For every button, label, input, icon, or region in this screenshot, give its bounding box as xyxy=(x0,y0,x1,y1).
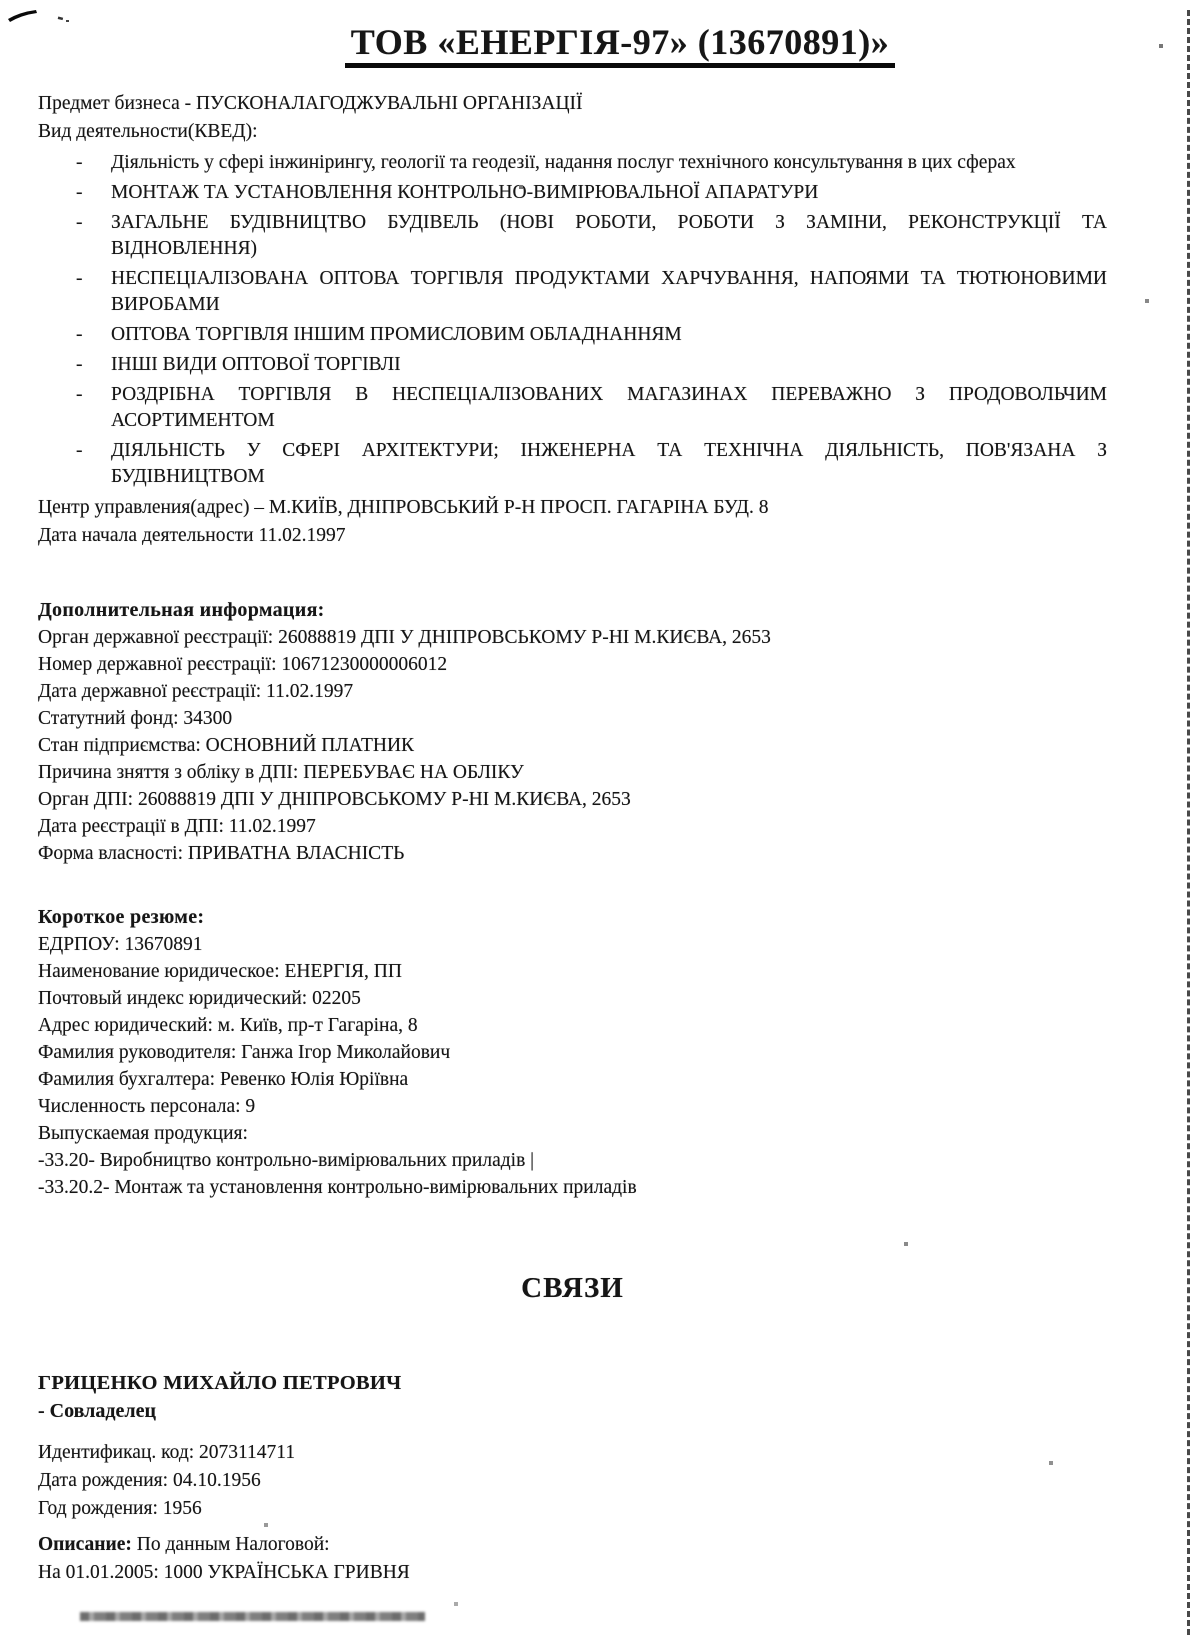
person-description-line: Описание: По данным Налоговой: xyxy=(38,1531,1107,1559)
activity-item: - ОПТОВА ТОРГІВЛЯ ІНШИМ ПРОМИСЛОВИМ ОБЛА… xyxy=(70,322,1107,348)
summary-line-postal-index: Почтовый индекс юридический: 02205 xyxy=(38,985,1107,1012)
summary-line-accountant-name: Фамилия бухгалтера: Ревенко Юлія Юріївна xyxy=(38,1066,1107,1093)
connections-heading: СВЯЗИ xyxy=(38,1271,1107,1305)
info-line-statutory-fund: Статутний фонд: 34300 xyxy=(38,705,1107,732)
activity-text: НЕСПЕЦІАЛІЗОВАНА ОПТОВА ТОРГІВЛЯ ПРОДУКТ… xyxy=(111,266,1107,318)
business-subject-line: Предмет бизнеса - ПУСКОНАЛАГОДЖУВАЛЬНІ О… xyxy=(38,90,1107,118)
summary-line-product-1: -33.20- Виробництво контрольно-вимірювал… xyxy=(38,1147,1107,1174)
info-line-registration-number: Номер державної реєстрації: 106712300000… xyxy=(38,651,1107,678)
list-dash-bullet: - xyxy=(70,180,111,206)
scanned-document-page: ТОВ «ЕНЕРГІЯ-97» (13670891)» Предмет биз… xyxy=(0,0,1192,1587)
activity-text: МОНТАЖ ТА УСТАНОВЛЕННЯ КОНТРОЛЬНО-ВИМІРЮ… xyxy=(111,180,1107,206)
info-line-enterprise-status: Стан підприємства: ОСНОВНИЙ ПЛАТНИК xyxy=(38,732,1107,759)
list-dash-bullet: - xyxy=(70,210,111,262)
person-birth-date-line: Дата рождения: 04.10.1956 xyxy=(38,1467,1107,1495)
activity-item: - РОЗДРІБНА ТОРГІВЛЯ В НЕСПЕЦІАЛІЗОВАНИХ… xyxy=(70,382,1107,434)
activity-text: ІНШІ ВИДИ ОПТОВОЇ ТОРГІВЛІ xyxy=(111,352,1107,378)
info-line-deregistration-reason: Причина зняття з обліку в ДПІ: ПЕРЕБУВАЄ… xyxy=(38,759,1107,786)
activity-item: - Діяльність у сфері інжинірингу, геолог… xyxy=(70,150,1107,176)
info-line-ownership-form: Форма власності: ПРИВАТНА ВЛАСНІСТЬ xyxy=(38,840,1107,867)
summary-line-product-2: -33.20.2- Монтаж та установлення контрол… xyxy=(38,1174,1107,1201)
activity-text: Діяльність у сфері інжинірингу, геології… xyxy=(111,150,1107,176)
description-text: По данным Налоговой: xyxy=(137,1534,330,1555)
activity-start-date-line: Дата начала деятельности 11.02.1997 xyxy=(38,522,1107,550)
activity-list: - Діяльність у сфері інжинірингу, геолог… xyxy=(38,150,1107,490)
person-role: - Совладелец xyxy=(38,1397,1107,1425)
list-dash-bullet: - xyxy=(70,266,111,318)
activity-item: - МОНТАЖ ТА УСТАНОВЛЕННЯ КОНТРОЛЬНО-ВИМІ… xyxy=(70,180,1107,206)
list-dash-bullet: - xyxy=(70,438,111,490)
scan-edge-line-artifact xyxy=(1187,10,1190,1635)
summary-line-legal-address: Адрес юридический: м. Київ, пр-т Гагарін… xyxy=(38,1012,1107,1039)
list-dash-bullet: - xyxy=(70,150,111,176)
description-label: Описание: xyxy=(38,1534,132,1555)
page-title-text: ТОВ «ЕНЕРГІЯ-97» (13670891)» xyxy=(345,22,895,68)
activity-item: - ЗАГАЛЬНЕ БУДІВНИЦТВО БУДІВЕЛЬ (НОВІ РО… xyxy=(70,210,1107,262)
person-birth-year-line: Год рождения: 1956 xyxy=(38,1495,1107,1523)
activity-text: РОЗДРІБНА ТОРГІВЛЯ В НЕСПЕЦІАЛІЗОВАНИХ М… xyxy=(111,382,1107,434)
kved-label: Вид деятельности(КВЕД): xyxy=(38,118,1107,146)
list-dash-bullet: - xyxy=(70,322,111,348)
summary-line-edrpou: ЕДРПОУ: 13670891 xyxy=(38,931,1107,958)
pen-mark-artifact xyxy=(6,6,76,30)
summary-line-staff-count: Численность персонала: 9 xyxy=(38,1093,1107,1120)
info-line-tax-registration-date: Дата реєстрації в ДПІ: 11.02.1997 xyxy=(38,813,1107,840)
activity-item: - ІНШІ ВИДИ ОПТОВОЇ ТОРГІВЛІ xyxy=(70,352,1107,378)
person-id-code-line: Идентификац. код: 2073114711 xyxy=(38,1439,1107,1467)
activity-text: ОПТОВА ТОРГІВЛЯ ІНШИМ ПРОМИСЛОВИМ ОБЛАДН… xyxy=(111,322,1107,348)
info-line-tax-organ: Орган ДПІ: 26088819 ДПІ У ДНІПРОВСЬКОМУ … xyxy=(38,786,1107,813)
person-description-value-line: На 01.01.2005: 1000 УКРАЇНСЬКА ГРИВНЯ xyxy=(38,1559,1107,1587)
management-address-line: Центр управления(адрес) – М.КИЇВ, ДНІПРО… xyxy=(38,494,1107,522)
info-line-registration-organ: Орган державної реєстрації: 26088819 ДПІ… xyxy=(38,624,1107,651)
activity-text: ДІЯЛЬНІСТЬ У СФЕРІ АРХІТЕКТУРИ; ІНЖЕНЕРН… xyxy=(111,438,1107,490)
activity-item: - НЕСПЕЦІАЛІЗОВАНА ОПТОВА ТОРГІВЛЯ ПРОДУ… xyxy=(70,266,1107,318)
summary-line-legal-name: Наименование юридическое: ЕНЕРГІЯ, ПП xyxy=(38,958,1107,985)
page-title: ТОВ «ЕНЕРГІЯ-97» (13670891)» xyxy=(133,20,1107,64)
person-name: ГРИЦЕНКО МИХАЙЛО ПЕТРОВИЧ xyxy=(38,1369,1107,1397)
scan-noise-dots xyxy=(0,0,2,2)
activity-item: - ДІЯЛЬНІСТЬ У СФЕРІ АРХІТЕКТУРИ; ІНЖЕНЕ… xyxy=(70,438,1107,490)
summary-line-products-label: Выпускаемая продукция: xyxy=(38,1120,1107,1147)
summary-line-director-name: Фамилия руководителя: Ганжа Ігор Миколай… xyxy=(38,1039,1107,1066)
cutoff-text-smear-artifact xyxy=(80,1612,425,1621)
list-dash-bullet: - xyxy=(70,352,111,378)
info-line-registration-date: Дата державної реєстрації: 11.02.1997 xyxy=(38,678,1107,705)
section-heading-summary: Короткое резюме: xyxy=(38,903,1107,931)
activity-text: ЗАГАЛЬНЕ БУДІВНИЦТВО БУДІВЕЛЬ (НОВІ РОБО… xyxy=(111,210,1107,262)
list-dash-bullet: - xyxy=(70,382,111,434)
section-heading-additional-info: Дополнительная информация: xyxy=(38,596,1107,624)
